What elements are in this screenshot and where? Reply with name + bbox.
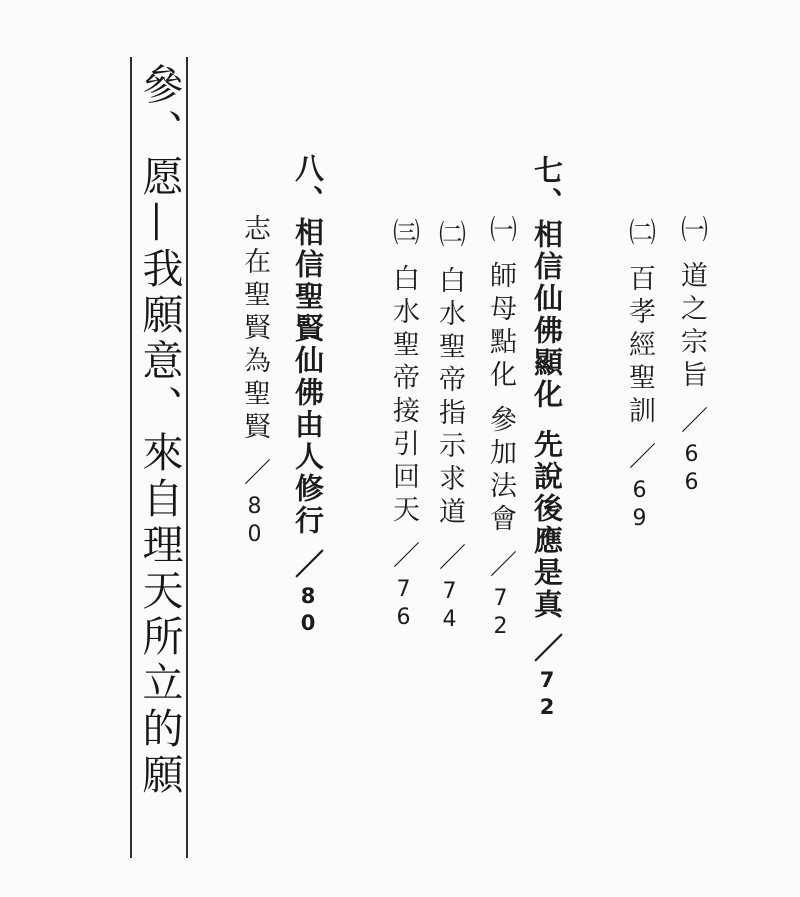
entry-title: 百孝經聖訓 <box>624 264 655 429</box>
toc-page: ㈠道之宗旨／66 ㈡百孝經聖訓／69 七、相信仙佛顯化先說後應是真／72 ㈠師母… <box>0 0 800 897</box>
toc-entry: ㈡白水聖帝指示求道／74 <box>436 220 463 635</box>
entry-page-number: 76 <box>391 577 416 633</box>
entry-title: 相信聖賢仙佛由人修行 <box>291 217 325 537</box>
toc-entry: ㈠道之宗旨／66 <box>678 215 705 498</box>
toc-entry: ㈢白水聖帝接引回天／76 <box>390 218 417 633</box>
entry-page-number: 66 <box>679 442 704 498</box>
section-title: 參、愿—我願意、來自理天所立的願 <box>139 63 180 799</box>
page-slash: ／ <box>239 458 270 491</box>
toc-entry: 七、相信仙佛顯化先說後應是真／72 <box>532 155 561 722</box>
entry-marker: 八、 <box>291 153 325 217</box>
entry-title: 相信仙佛顯化 <box>530 219 564 411</box>
entry-page-number: 80 <box>296 584 320 638</box>
section-title-column: 參、愿—我願意、來自理天所立的願 <box>130 57 188 858</box>
entry-page-number: 80 <box>242 494 267 550</box>
toc-entry: ㈠師母點化參加法會／72 <box>487 215 514 642</box>
entry-page-number: 74 <box>437 579 462 635</box>
page-slash: ／ <box>530 633 564 665</box>
entry-title: 道之宗旨 <box>676 261 707 393</box>
entry-page-number: 72 <box>535 668 559 722</box>
toc-entry: 八、相信聖賢仙佛由人修行／80 <box>293 153 322 638</box>
entry-marker: ㈡ <box>624 218 655 251</box>
toc-entry: 志在聖賢為聖賢／80 <box>241 214 268 550</box>
entry-title: 志在聖賢為聖賢 <box>239 214 270 445</box>
entry-marker: ㈠ <box>676 215 707 248</box>
page-slash: ／ <box>485 550 516 583</box>
entry-subtitle: 先說後應是真 <box>530 429 564 621</box>
page-slash: ／ <box>388 541 419 574</box>
entry-page-number: 72 <box>488 586 513 642</box>
entry-title: 白水聖帝指示求道 <box>434 266 465 530</box>
entry-title: 師母點化 <box>485 261 516 393</box>
entry-title: 白水聖帝接引回天 <box>388 264 419 528</box>
page-slash: ／ <box>434 543 465 576</box>
entry-marker: ㈢ <box>388 218 419 251</box>
toc-entry: ㈡百孝經聖訓／69 <box>626 218 653 534</box>
entry-marker: ㈡ <box>434 220 465 253</box>
page-slash: ／ <box>291 549 325 581</box>
entry-subtitle: 參加法會 <box>485 405 516 537</box>
entry-page-number: 69 <box>627 478 652 534</box>
page-slash: ／ <box>676 406 707 439</box>
entry-marker: 七、 <box>530 155 564 219</box>
page-slash: ／ <box>624 442 655 475</box>
entry-marker: ㈠ <box>485 215 516 248</box>
